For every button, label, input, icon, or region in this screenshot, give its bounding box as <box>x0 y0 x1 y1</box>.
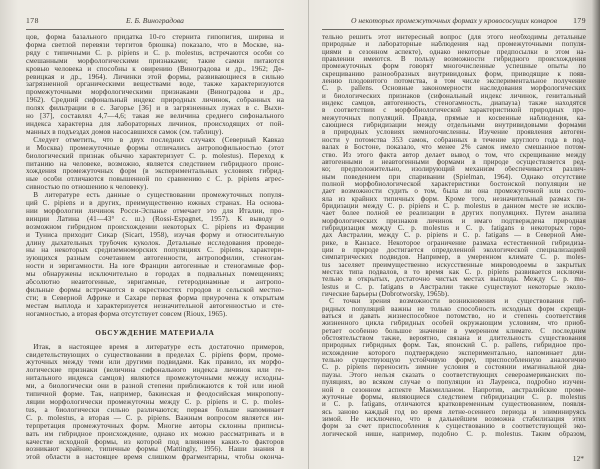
text-line: Следует отметить, что в двух последних с… <box>26 137 284 145</box>
text-line: tus заселяет преимущественно искусственн… <box>322 262 586 269</box>
text-line: питанию на человеке, возможно, является … <box>26 161 284 169</box>
text-line: C. p. pallens. Основные закономерности н… <box>322 85 586 92</box>
left-page-number: 178 <box>26 16 39 26</box>
text-line: но [37], составлял 4,7—4,6; такая же вел… <box>26 113 284 121</box>
left-header-rule <box>26 29 284 30</box>
left-page: 178 Е. Б. Виноградова цов, форма базальн… <box>26 16 284 462</box>
text-line: 1962). Средний сифональный индекс природ… <box>26 97 284 105</box>
text-line: морфологических признаков личинок и имаг… <box>322 218 586 225</box>
text-line: ко; предположительно, изолирующий механи… <box>322 166 586 173</box>
text-line: и Туниса приходит Сикар (Sicart, 1958), … <box>26 232 284 240</box>
text-line: ретает особенно большое значение в умере… <box>322 328 586 335</box>
text-line: цов, форма базального придатка 10-го сте… <box>26 34 284 42</box>
text-line: тельно решить этот интересный вопрос (дл… <box>322 34 586 41</box>
text-line: лению плодовитого потомства, в том числе… <box>322 78 586 85</box>
text-line: автогенными и неавтогенными формами в пр… <box>322 159 586 166</box>
text-line: в природных условиях немногочисленны. Из… <box>322 129 586 136</box>
right-running-title: О некоторых промежуточных формах у крово… <box>322 16 586 26</box>
text-line: жуточные формы, являющиеся следствием ги… <box>322 394 586 401</box>
text-line: зимой. Не исключено, что в дальнейшем во… <box>322 416 586 423</box>
text-line: индекса характерна для лабораторных личи… <box>26 121 284 129</box>
text-line: форма светлой перевязи тергитов брюшка) … <box>26 42 284 50</box>
text-line: природных гибридных форм. Так, японский … <box>322 342 586 349</box>
text-line: жизненного цикла гибридных особей окружа… <box>322 320 586 327</box>
text-line: биологический признак обычно характеризу… <box>26 153 284 161</box>
text-line: полной морфобиологической характеристики… <box>322 181 586 188</box>
text-line: ство. Из этого факта автор делает вывод … <box>322 152 586 159</box>
text-line: качестве исходной формы, из которой под … <box>26 439 284 447</box>
text-line: этой области в настоящее время слишком ф… <box>26 454 284 462</box>
text-line: tus, а биологически сильно различаются; … <box>26 407 284 415</box>
text-line: логические признаки (величина сифонально… <box>26 367 284 375</box>
text-line: ряду с типичными C. p. pipiens и C. p. m… <box>26 50 284 58</box>
text-line: местах типа подвалов, в то время как C. … <box>322 269 586 276</box>
text-line: ваться и давать жизнеспособное потомство… <box>322 313 586 320</box>
text-line: гические барьеры (Dobrotworsky, 1965b). <box>322 291 586 298</box>
right-page-header: О некоторых промежуточных формах у крово… <box>322 16 586 28</box>
text-line: ми, а биологически они в разной степени … <box>26 383 284 391</box>
text-line: ридных популяций важны не только способн… <box>322 306 586 313</box>
text-line: нитального индекса самцов) являются пром… <box>26 375 284 383</box>
text-line: дах Австралии, между C. p. pipiens и C. … <box>322 232 586 239</box>
scanned-book-spread: 178 Е. Б. Виноградова цов, форма базальн… <box>0 0 600 469</box>
text-line: ций C. pipiens и в других, преимуществен… <box>26 200 284 208</box>
text-line: в соответствии с морфобиологической хара… <box>322 107 586 114</box>
text-line: ны на некоторых средиземноморских популя… <box>26 247 284 255</box>
text-line: смешанными морфологическими признаками; … <box>26 58 284 66</box>
text-line: возможном гибридном происхождении некото… <box>26 224 284 232</box>
text-line: ревицкая и др., 1964). Личинки этой форм… <box>26 74 284 82</box>
text-line: обстоятельством также, вероятно, связана… <box>322 335 586 342</box>
text-line: правлении имеются. В пользу возможности … <box>322 56 586 63</box>
text-line: исхождение которого подтверждено экспери… <box>322 350 586 357</box>
text-line: промежуточных форм говорят многочисленны… <box>322 63 586 70</box>
text-line: рике, в Канзасе. Некоторое ограничение р… <box>322 240 586 247</box>
text-line: винции Латина (41—43° с. ш.) (Rossi-Espa… <box>26 216 284 224</box>
right-body-text: тельно решить этот интересный вопрос (дл… <box>322 34 586 438</box>
text-line: свидетельствующих о существовании в пред… <box>26 352 284 360</box>
text-line: и биологических признаков (сифональный и… <box>322 93 586 100</box>
text-line: пуляциях, во всяком случае о популяции и… <box>322 379 586 386</box>
text-line: логической нише, например, подобно C. p.… <box>322 431 586 438</box>
text-line: lestus и C. p. fatigans в Австралии такж… <box>322 284 586 291</box>
text-line: местам выплода и характеризуется незначи… <box>26 303 284 311</box>
text-line: симпатрических подвидов. Например, в уме… <box>322 254 586 261</box>
text-line: гибридизация между C. p. molestus и C. p… <box>322 225 586 232</box>
text-line: валах в Бостоне, показало, что менее 2% … <box>322 144 586 151</box>
text-line: ции в природе достигается определенной э… <box>322 247 586 254</box>
left-page-header: 178 Е. Б. Виноградова <box>26 16 284 28</box>
left-body-text-1: цов, форма базального придатка 10-го сте… <box>26 34 284 319</box>
text-line: тельно в открытых, достаточно чистых мес… <box>322 276 586 283</box>
text-line: Итак, в настоящее время в литературе ест… <box>26 344 284 352</box>
text-line: бридизации между C. p. pipiens и C. p. m… <box>322 203 586 210</box>
text-line: типичной форме. Так, например, бакинская… <box>26 391 284 399</box>
text-line: мы обнаружены исключительно в городах в … <box>26 271 284 279</box>
text-line: терпретация промежуточных форм. Многие а… <box>26 423 284 431</box>
text-line: ной в сезонном аспекте Макмилланом. Напр… <box>322 387 586 394</box>
text-line: ногамностью, а вторая форма отсутствует … <box>26 311 284 319</box>
text-line: кровью человека и способны к овирению (В… <box>26 66 284 74</box>
text-line: ясь заново каждый год во время летне-осе… <box>322 409 586 416</box>
text-line: циями в сезонном аспекте), однако некото… <box>322 49 586 56</box>
text-line: индекс самцов, автогенность, стеногамнос… <box>322 100 586 107</box>
text-line: ные особи отличаются повышенной по сравн… <box>26 176 284 184</box>
text-line: манных в подъездах домов насосавшихся са… <box>26 129 284 137</box>
text-line: ности и эвригамности. На юге Франции авт… <box>26 263 284 271</box>
text-line: дает возможности судить о том, была ли о… <box>322 188 586 195</box>
text-line: сающиеся гибридизации между отдельными в… <box>322 122 586 129</box>
text-line: и Москва) промежуточные формы отличались… <box>26 145 284 153</box>
text-line: В литературе есть данные о существовании… <box>26 192 284 200</box>
right-page-number: 179 <box>573 16 586 26</box>
right-page: О некоторых промежуточных формах у крово… <box>322 16 586 438</box>
text-line: зующихся разным сочетанием автогенности,… <box>26 255 284 263</box>
text-line: длину дыхательных трубочек куколок. Дета… <box>26 240 284 248</box>
text-line: ляции морфологически промежуточны между … <box>26 399 284 407</box>
text-line: загрязненной органическими веществами во… <box>26 81 284 89</box>
text-line: абсолютно неавтогенные, эвригамные, гете… <box>26 279 284 287</box>
section-heading: ОБСУЖДЕНИЕ МАТЕРИАЛА <box>26 328 284 337</box>
text-line: фильные формы встречаются в окрестностях… <box>26 287 284 295</box>
text-line: сивностью по отношению к человеку). <box>26 184 284 192</box>
text-line: яла из крайних типичных форм. Кроме того… <box>322 196 586 203</box>
right-header-rule <box>322 29 586 30</box>
text-line: С точки зрения возможности возникновения… <box>322 298 586 305</box>
text-line: ным поведением при спаривании (Spielman,… <box>322 174 586 181</box>
left-running-title: Е. Б. Виноградова <box>26 16 284 26</box>
text-line: C. p. pipiens переносить зимние условия … <box>322 364 586 371</box>
text-line: хождения промежуточных форм (в экспериме… <box>26 168 284 176</box>
text-line: нии морфологии личинок Росси-Эспанье отм… <box>26 208 284 216</box>
text-line: скрещиванию разнообразных внутривидовых … <box>322 71 586 78</box>
signature-mark: 12* <box>573 454 584 463</box>
left-body-text-2: Итак, в настоящее время в литературе ест… <box>26 344 284 463</box>
text-line: C. p. molestus, а вторая — C. p. pipiens… <box>26 415 284 423</box>
text-line: межуточных популяций. Правда, прямые и к… <box>322 115 586 122</box>
text-line: промежуточными морфологическими признака… <box>26 89 284 97</box>
text-line: природные и лабораторные наблюдения над … <box>322 41 586 48</box>
text-line: паузы. Этого нельзя сказать о соответств… <box>322 372 586 379</box>
text-line: и C. p. fatigans, отличаются кратковреме… <box>322 401 586 408</box>
text-line: форм за счет приспособления к существова… <box>322 423 586 430</box>
text-line: вать им гибридное происхождение, однако … <box>26 431 284 439</box>
text-line: полях фильтрации в с. Загорье [36] и в з… <box>26 105 284 113</box>
text-line: тельно существующую устойчивую форму, пр… <box>322 357 586 364</box>
page-gutter-line <box>308 0 309 469</box>
text-line: жуточных между теми или другими подвидам… <box>26 359 284 367</box>
text-line: чает более полной ее реализации в других… <box>322 210 586 217</box>
text-line: ности у потомства 353 самок, собранных в… <box>322 137 586 144</box>
text-line: возникают крайние, типичные формы (Matti… <box>26 446 284 454</box>
text-line: сти; в Северной Африке и Сахаре первая ф… <box>26 295 284 303</box>
